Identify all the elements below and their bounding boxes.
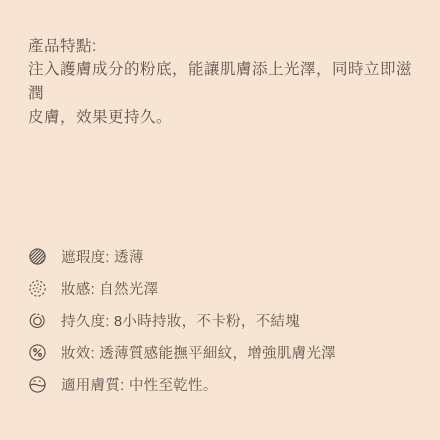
feature-label: 持久度: 8小時持妝，不卡粉，不結塊 xyxy=(61,310,300,331)
feature-label: 遮瑕度: 透薄 xyxy=(61,246,144,267)
product-description: 注入護膚成分的粉底，能讓肌膚添上光澤，同時立即滋潤 皮膚，效果更持久。 xyxy=(28,58,414,130)
spiral-circle-icon xyxy=(28,311,47,330)
list-item: 適用膚質: 中性至乾性。 xyxy=(28,368,414,400)
striped-circle-icon xyxy=(28,247,47,266)
feature-label: 適用膚質: 中性至乾性。 xyxy=(61,374,218,395)
feature-list: 遮瑕度: 透薄 妝感: 自然 xyxy=(28,240,414,400)
list-item: 妝感: 自然光澤 xyxy=(28,272,414,304)
percent-circle-icon xyxy=(28,343,47,362)
wave-face-circle-icon xyxy=(28,375,47,394)
list-item: 妝效: 透薄質感能撫平細紋，增強肌膚光澤 xyxy=(28,336,414,368)
feature-label: 妝效: 透薄質感能撫平細紋，增強肌膚光澤 xyxy=(61,342,336,363)
product-feature-panel: 產品特點: 注入護膚成分的粉底，能讓肌膚添上光澤，同時立即滋潤 皮膚，效果更持久… xyxy=(0,0,440,440)
list-item: 遮瑕度: 透薄 xyxy=(28,240,414,272)
description-line: 注入護膚成分的粉底，能讓肌膚添上光澤，同時立即滋潤 xyxy=(28,58,414,106)
feature-label: 妝感: 自然光澤 xyxy=(61,278,158,299)
page-title: 產品特點: xyxy=(28,36,414,58)
description-line: 皮膚，效果更持久。 xyxy=(28,106,414,130)
list-item: 持久度: 8小時持妝，不卡粉，不結塊 xyxy=(28,304,414,336)
dotted-circle-icon xyxy=(28,279,47,298)
